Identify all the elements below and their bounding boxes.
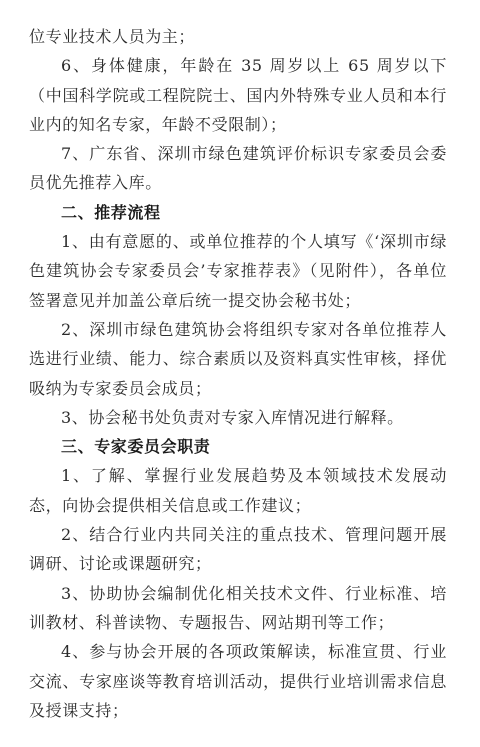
- paragraph-requirement-7: 7、广东省、深圳市绿色建筑评价标识专家委员会委员优先推荐入库。: [29, 139, 447, 198]
- section-heading-committee-duties: 三、专家委员会职责: [29, 432, 447, 461]
- paragraph-duty-3: 3、协助协会编制优化相关技术文件、行业标准、培训教材、科普读物、专题报告、网站期…: [29, 579, 447, 638]
- section-heading-recommendation-process: 二、推荐流程: [29, 198, 447, 227]
- paragraph-process-1: 1、由有意愿的、或单位推荐的个人填写《‘深圳市绿色建筑协会专家委员会’专家推荐表…: [29, 227, 447, 315]
- paragraph-duty-4: 4、参与协会开展的各项政策解读，标准宣贯、行业交流、专家座谈等教育培训活动，提供…: [29, 637, 447, 725]
- paragraph-duty-2: 2、结合行业内共同关注的重点技术、管理问题开展调研、讨论或课题研究；: [29, 520, 447, 579]
- paragraph-process-2: 2、深圳市绿色建筑协会将组织专家对各单位推荐人选进行业绩、能力、综合素质以及资料…: [29, 315, 447, 403]
- paragraph-requirement-6: 6、身体健康，年龄在 35 周岁以上 65 周岁以下（中国科学院或工程院院士、国…: [29, 51, 447, 139]
- paragraph-process-3: 3、协会秘书处负责对专家入库情况进行解释。: [29, 403, 447, 432]
- paragraph-duty-1: 1、了解、掌握行业发展趋势及本领域技术发展动态，向协会提供相关信息或工作建议；: [29, 461, 447, 520]
- document-page: 位专业技术人员为主； 6、身体健康，年龄在 35 周岁以上 65 周岁以下（中国…: [29, 22, 447, 725]
- paragraph-continuation: 位专业技术人员为主；: [29, 22, 447, 51]
